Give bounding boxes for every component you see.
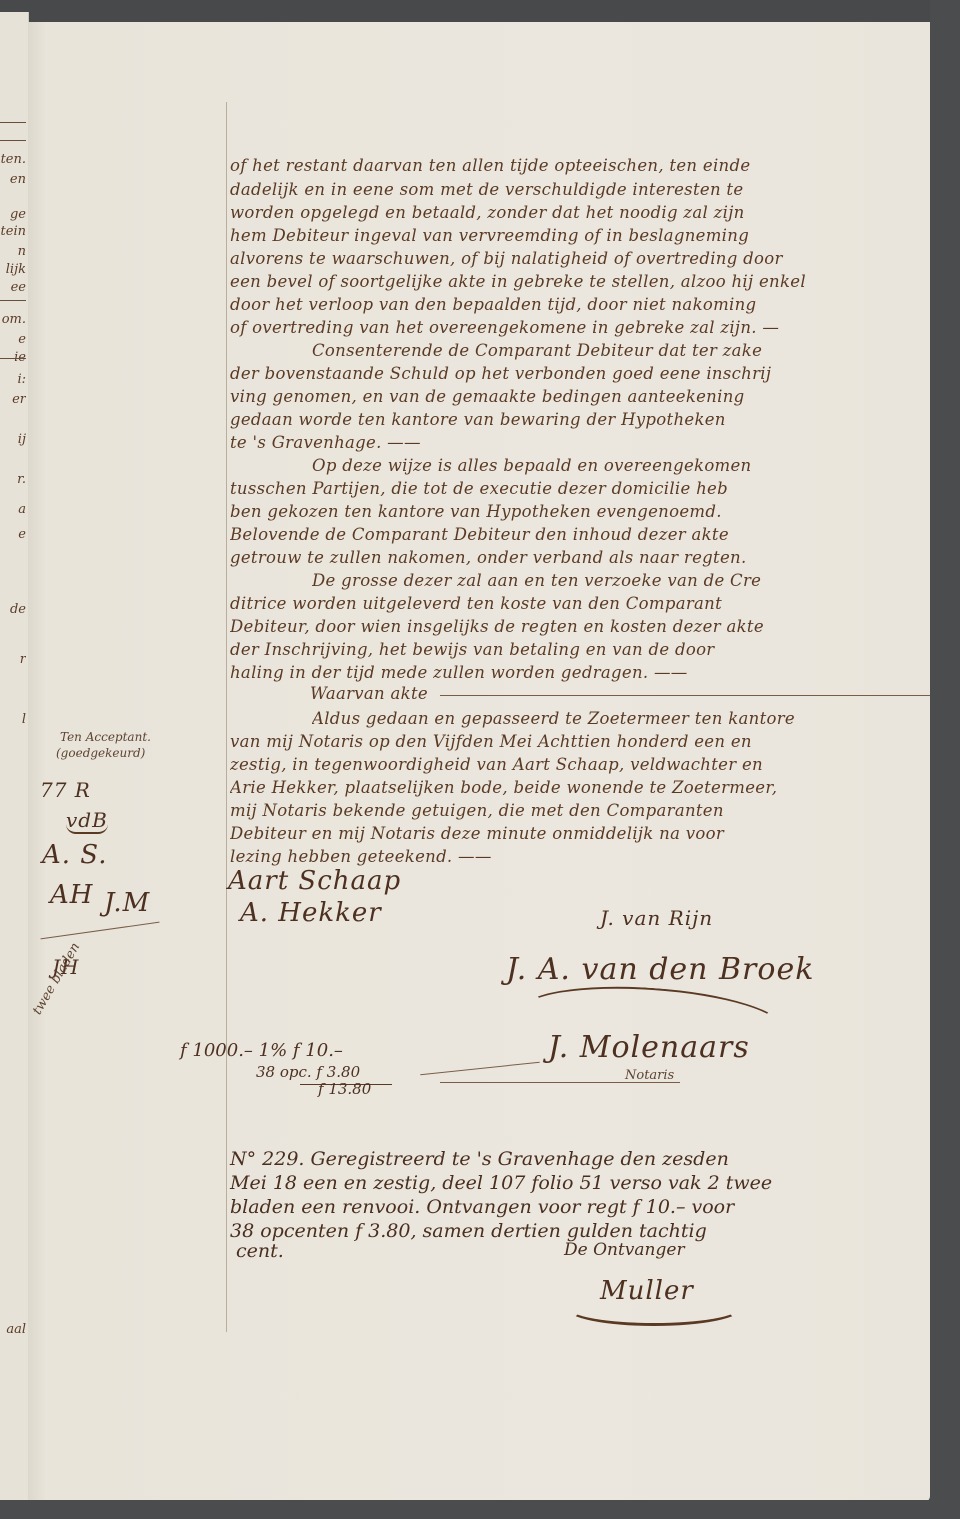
- notary-title: Notaris: [625, 1068, 674, 1083]
- left-page-fragment: om.: [0, 312, 26, 327]
- receiver-flourish: [566, 1290, 742, 1326]
- body-line: Belovende de Comparant Debiteur den inho…: [230, 525, 940, 544]
- body-line: haling in der tijd mede zullen worden ge…: [230, 663, 940, 682]
- body-line: een bevel of soortgelijke akte in gebrek…: [230, 272, 940, 291]
- debtor-signature: J. A. van den Broek: [506, 952, 814, 987]
- body-line: der bovenstaande Schuld op het verbonden…: [230, 364, 940, 383]
- body-line: Debiteur, door wien insgelijks de regten…: [230, 617, 940, 636]
- left-page-rule: [0, 300, 26, 301]
- body-line: of het restant daarvan ten allen tijde o…: [230, 156, 940, 175]
- body-line: getrouw te zullen nakomen, onder verband…: [230, 548, 940, 567]
- body-line: Debiteur en mij Notaris deze minute onmi…: [230, 824, 940, 843]
- registration-line: 38 opcenten f 3.80, samen dertien gulden…: [230, 1220, 707, 1242]
- body-line: alvorens te waarschuwen, of bij nalatigh…: [230, 249, 940, 268]
- left-page-fragment: l: [0, 712, 26, 727]
- closing-heading-text: Waarvan akte: [310, 684, 428, 703]
- notary-underline: [440, 1082, 680, 1083]
- body-line: Arie Hekker, plaatselijken bode, beide w…: [230, 778, 940, 797]
- calculation-total: f 13.80: [318, 1080, 371, 1098]
- registration-line: Mei 18 een en zestig, deel 107 folio 51 …: [230, 1172, 772, 1194]
- margin-initials: J.M: [104, 888, 150, 918]
- scan-background-bottom: [0, 1500, 960, 1519]
- body-line: van mij Notaris op den Vijfden Mei Achtt…: [230, 732, 940, 751]
- body-line: Op deze wijze is alles bepaald en overee…: [312, 456, 960, 475]
- body-line: dadelijk en in eene som met de verschuld…: [230, 180, 940, 199]
- body-line: tusschen Partijen, die tot de executie d…: [230, 479, 940, 498]
- left-page-fragment: r.: [0, 472, 26, 487]
- left-page-rule: [0, 122, 26, 123]
- left-page-fragment: r: [0, 652, 26, 667]
- left-page-fragment: ij: [0, 432, 26, 447]
- left-page-fragment: ge: [0, 207, 26, 222]
- body-line: worden opgelegd en betaald, zonder dat h…: [230, 203, 940, 222]
- left-page-fragment: e: [0, 527, 26, 542]
- body-line: der Inschrijving, het bewijs van betalin…: [230, 640, 940, 659]
- scan-background-right: [930, 0, 960, 1519]
- margin-initials: 77 R: [40, 778, 91, 802]
- body-line: ben gekozen ten kantore van Hypotheken e…: [230, 502, 940, 521]
- body-line: door het verloop van den bepaalden tijd,…: [230, 295, 940, 314]
- registration-line: bladen een renvooi. Ontvangen voor regt …: [230, 1196, 734, 1218]
- creditor-signature: J. van Rijn: [600, 906, 713, 930]
- adjacent-page-edge: ten. en ge tein n lijk ee om. e ie i: er…: [0, 12, 29, 1502]
- body-line: ving genomen, en van de gemaakte bedinge…: [230, 387, 940, 406]
- closing-heading: Waarvan akte: [310, 684, 428, 703]
- left-page-fragment: tein: [0, 224, 26, 239]
- left-page-fragment: en: [0, 172, 26, 187]
- margin-initials: AH: [50, 880, 93, 910]
- body-line: of overtreding van het overeengekomene i…: [230, 318, 940, 337]
- calculation-line: f 1000.– 1% f 10.–: [180, 1040, 343, 1061]
- left-page-fragment: de: [0, 602, 26, 617]
- notary-signature: J. Molenaars: [548, 1030, 750, 1065]
- left-page-fragment: i:: [0, 372, 26, 387]
- left-page-fragment: ee: [0, 280, 26, 295]
- approval-note: (goedgekeurd): [56, 746, 145, 760]
- left-page-rule: [0, 140, 26, 141]
- left-page-fragment: e: [0, 332, 26, 347]
- body-line: ditrice worden uitgeleverd ten koste van…: [230, 594, 940, 613]
- body-line: Aldus gedaan en gepasseerd te Zoetermeer…: [312, 709, 960, 728]
- margin-rule: [226, 102, 227, 1332]
- margin-initials: vdB: [66, 808, 108, 834]
- left-page-fragment: a: [0, 502, 26, 517]
- margin-initials: A. S.: [42, 840, 107, 870]
- left-page-fragment: n: [0, 244, 26, 259]
- left-page-fragment: aal: [0, 1322, 26, 1337]
- witness-signature: Aart Schaap: [228, 866, 401, 896]
- left-page-fragment: ten.: [0, 152, 26, 167]
- body-line: zestig, in tegenwoordigheid van Aart Sch…: [230, 755, 940, 774]
- heading-trailing-rule: [440, 695, 930, 696]
- left-page-fragment: lijk: [0, 262, 26, 277]
- body-line: Consenterende de Comparant Debiteur dat …: [312, 341, 960, 360]
- left-page-fragment: er: [0, 392, 26, 407]
- body-line: lezing hebben geteekend. ——: [230, 847, 940, 866]
- body-line: hem Debiteur ingeval van vervreemding of…: [230, 226, 940, 245]
- registration-line: N° 229. Geregistreerd te 's Gravenhage d…: [230, 1148, 729, 1170]
- body-line: mij Notaris bekende getuigen, die met de…: [230, 801, 940, 820]
- receiver-title: De Ontvanger: [564, 1240, 685, 1260]
- scan-background-top: [0, 0, 960, 22]
- left-page-rule: [0, 358, 26, 359]
- calculation-line: 38 opc. f 3.80: [256, 1063, 360, 1081]
- registration-line: cent.: [236, 1240, 284, 1262]
- acceptance-note: Ten Acceptant.: [60, 730, 151, 744]
- witness-signature: A. Hekker: [240, 898, 382, 928]
- body-line: De grosse dezer zal aan en ten verzoeke …: [312, 571, 960, 590]
- body-line: te 's Gravenhage. ——: [230, 433, 940, 452]
- body-line: gedaan worde ten kantore van bewaring de…: [230, 410, 940, 429]
